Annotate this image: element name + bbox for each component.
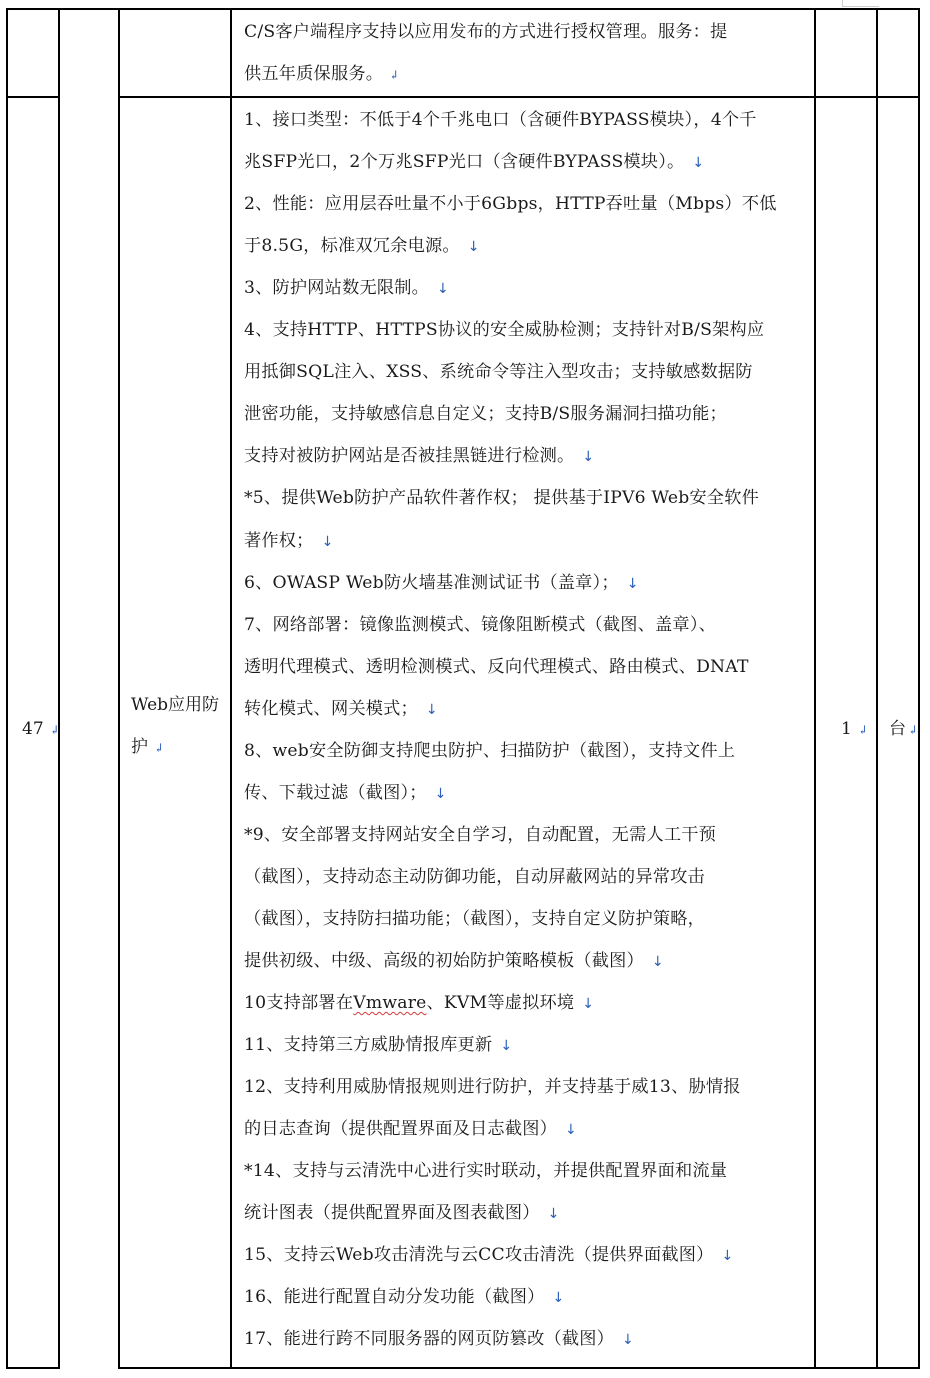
paragraph-mark-icon: ↓ [692,155,704,171]
paragraph-mark-icon: ↓ [582,449,594,465]
unit-cell: 台↲ [889,708,918,751]
continued-line: 供五年质保服务。↲ [244,59,399,84]
spec-line: （截图），支持动态主动防御功能，自动屏蔽网站的异常攻击 [244,862,705,887]
spec-line: 15、支持云Web攻击清洗与云CC攻击清洗（提供界面截图）↓ [244,1240,733,1265]
spec-line: 的日志查询（提供配置界面及日志截图）↓ [244,1114,577,1139]
continued-line: C/S客户端程序支持以应用发布的方式进行授权管理。服务：提 [244,17,727,42]
cell-end-mark: ↲ [858,723,868,737]
spec-line: *5、提供Web防护产品软件著作权； 提供基于IPV6 Web安全软件 [244,483,759,508]
spec-line: *14、支持与云清洗中心进行实时联动，并提供配置界面和流量 [244,1156,727,1181]
unit: 台 [889,719,906,739]
paragraph-mark-icon: ↓ [582,996,594,1012]
paragraph-mark-icon: ↓ [426,702,438,718]
spec-line: 透明代理模式、透明检测模式、反向代理模式、路由模式、DNAT [244,652,749,677]
paragraph-mark-icon: ↓ [548,1206,560,1222]
cell-end-mark: ↲ [154,741,164,755]
quantity-cell: 1↲ [841,708,868,751]
spec-line: 1、接口类型：不低于4个千兆电口（含硬件BYPASS模块），4个千 [244,105,757,130]
cell-end-mark: ↲ [908,723,918,737]
spec-line: 4、支持HTTP、HTTPS协议的安全威胁检测；支持针对B/S架构应 [244,315,764,340]
table-bottom-border-right [118,1367,920,1369]
col-border-2 [118,8,120,1369]
spec-line: 3、防护网站数无限制。↓ [244,273,449,298]
paragraph-mark-icon: ↓ [468,239,480,255]
spec-line: 16、能进行配置自动分发功能（截图）↓ [244,1282,564,1307]
paragraph-mark-icon: ↓ [322,534,334,550]
paragraph-mark-icon: ↓ [500,1038,512,1054]
paragraph-mark-icon: ↓ [652,954,664,970]
spec-line: 11、支持第三方威胁情报库更新↓ [244,1030,512,1055]
spec-line: 统计图表（提供配置界面及图表截图）↓ [244,1198,560,1223]
quantity: 1 [841,719,852,739]
spec-line: 2、性能：应用层吞吐量不小于6Gbps，HTTP吞吐量（Mbps）不低 [244,189,777,214]
spec-line: 6、OWASP Web防火墙基准测试证书（盖章）；↓ [244,568,639,593]
spec-line: 12、支持利用威胁情报规则进行防护，并支持基于威13、胁情报 [244,1072,741,1097]
row-index: 47 [22,719,44,739]
col-border-1 [58,8,60,1369]
col-border-5 [876,8,878,1369]
paragraph-mark-icon: ↓ [565,1122,577,1138]
col-border-3 [230,8,232,1369]
col-border-4 [814,8,816,1369]
spec-line: 传、下载过滤（截图）；↓ [244,778,447,803]
paragraph-mark-icon: ↓ [722,1248,734,1264]
paragraph-mark-icon: ↓ [622,1332,634,1348]
cell-end-mark: ↲ [389,68,399,82]
table-top-border [6,8,920,10]
spec-line: 支持对被防护网站是否被挂黑链进行检测。↓ [244,441,594,466]
paragraph-mark-icon: ↓ [435,786,447,802]
cell-end-mark: ↲ [50,723,60,737]
row-divider-right [118,96,920,98]
col-border-6 [918,8,920,1369]
row-divider-left [6,96,60,98]
table-bottom-border-left [6,1367,60,1369]
spellcheck-underlined-word: Vmware [353,993,426,1013]
product-name-line: 护↲ [131,726,164,769]
product-name-line: Web应用防 [131,684,219,726]
spec-line: 用抵御SQL注入、XSS、系统命令等注入型攻击；支持敏感数据防 [244,357,753,382]
spec-line: 17、能进行跨不同服务器的网页防篡改（截图）↓ [244,1324,634,1349]
col-border-0 [6,8,8,1369]
spec-line: 10支持部署在Vmware、KVM等虚拟环境↓ [244,988,594,1013]
spec-line: 8、web安全防御支持爬虫防护、扫描防护（截图），支持文件上 [244,736,735,761]
spec-line: 泄密功能，支持敏感信息自定义；支持B/S服务漏洞扫描功能； [244,399,727,424]
spec-line: 兆SFP光口，2个万兆SFP光口（含硬件BYPASS模块）。↓ [244,147,704,172]
paragraph-mark-icon: ↓ [437,281,449,297]
paragraph-mark-icon: ↓ [627,576,639,592]
spec-line: 于8.5G，标准双冗余电源。↓ [244,231,480,256]
spec-line: 提供初级、中级、高级的初始防护策略模板（截图）↓ [244,946,664,971]
page-top-mark [842,0,879,7]
spec-line: 7、网络部署：镜像监测模式、镜像阻断模式（截图、盖章）、 [244,610,716,635]
paragraph-mark-icon: ↓ [552,1290,564,1306]
spec-line: *9、安全部署支持网站安全自学习，自动配置，无需人工干预 [244,820,716,845]
spec-line: 著作权；↓ [244,526,334,551]
spec-line: 转化模式、网关模式；↓ [244,694,438,719]
spec-line: （截图），支持防扫描功能；（截图），支持自定义防护策略， [244,904,705,929]
row-index-cell: 47↲ [22,708,60,751]
